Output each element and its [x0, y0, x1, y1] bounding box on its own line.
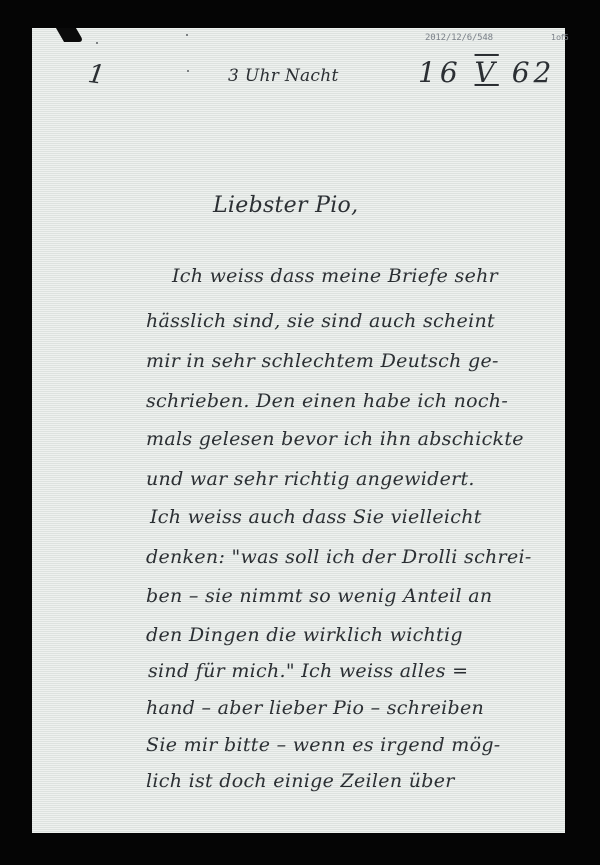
- date-year: 62: [512, 56, 556, 89]
- time-note: 3 Uhr Nacht: [228, 66, 339, 86]
- body-line: hand – aber lieber Pio – schreiben: [146, 697, 484, 719]
- date-day: 16: [418, 56, 462, 89]
- date-month: V: [475, 56, 499, 89]
- body-line: Ich weiss dass meine Briefe sehr: [172, 265, 498, 287]
- letter-date: 16 V 62: [418, 56, 555, 89]
- body-line: den Dingen die wirklich wichtig: [146, 624, 463, 646]
- ink-speck: [186, 34, 188, 36]
- body-line: denken: "was soll ich der Drolli schrei-: [146, 546, 532, 568]
- salutation: Liebster Pio,: [213, 193, 358, 218]
- body-line: Sie mir bitte – wenn es irgend mög-: [146, 734, 501, 756]
- body-line: lich ist doch einige Zeilen über: [146, 770, 455, 792]
- body-line: und war sehr richtig angewidert.: [146, 468, 475, 490]
- body-line: sind für mich." Ich weiss alles =: [148, 660, 468, 682]
- body-line: Ich weiss auch dass Sie vielleicht: [150, 506, 482, 528]
- body-line: ben – sie nimmt so wenig Anteil an: [146, 585, 492, 607]
- body-line: schrieben. Den einen habe ich noch-: [146, 390, 508, 412]
- body-line: hässlich sind, sie sind auch scheint: [146, 310, 495, 332]
- ink-speck: [187, 70, 189, 72]
- body-line: mals gelesen bevor ich ihn abschickte: [146, 428, 524, 450]
- archive-reference: 2012/12/6/548: [425, 33, 493, 43]
- ink-speck: [96, 42, 98, 44]
- folio-number: 1of5: [551, 33, 569, 42]
- body-line: mir in sehr schlechtem Deutsch ge-: [146, 350, 499, 372]
